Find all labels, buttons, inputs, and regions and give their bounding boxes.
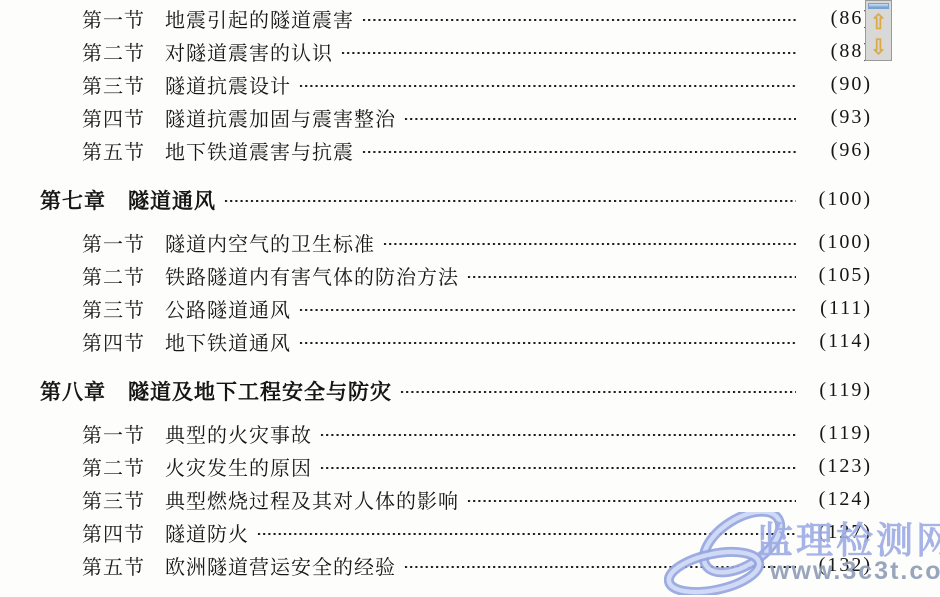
- dot-leader: [320, 433, 796, 437]
- section-title: 典型的火灾事故: [165, 419, 312, 448]
- section-title: 欧洲隧道营运安全的经验: [165, 551, 396, 580]
- section-title: 地下铁道震害与抗震: [165, 136, 354, 165]
- chapter-title: 隧道通风: [128, 185, 216, 215]
- toc-entry: 第四节 隧道防火 (127): [82, 516, 872, 549]
- toc-entry: 第三节 隧道抗震设计 (90): [82, 68, 872, 101]
- dot-leader: [299, 84, 796, 88]
- section-label: 第二节: [82, 37, 145, 66]
- section-title: 隧道抗震设计: [165, 70, 291, 99]
- page-number: (124): [806, 488, 872, 511]
- dot-leader: [224, 199, 796, 203]
- dot-leader: [362, 18, 796, 22]
- chapter-label: 第七章: [40, 185, 106, 215]
- up-arrow-icon: ⇧: [870, 10, 888, 34]
- toc-entry: 第一节 隧道内空气的卫生标准 (100): [82, 226, 872, 259]
- section-title: 隧道内空气的卫生标准: [165, 228, 375, 257]
- page-number: (100): [806, 231, 872, 254]
- toc-entry: 第一节 地震引起的隧道震害 (86): [82, 2, 872, 35]
- dot-leader: [383, 242, 796, 246]
- page-number: (93): [806, 106, 872, 129]
- section-title: 铁路隧道内有害气体的防治方法: [165, 261, 459, 290]
- section-label: 第五节: [82, 551, 145, 580]
- toc-entry: 第三节 公路隧道通风 (111): [82, 292, 872, 325]
- toc-list: 第一节 地震引起的隧道震害 (86) 第二节 对隧道震害的认识 (88) 第三节…: [0, 2, 872, 582]
- section-title: 公路隧道通风: [165, 294, 291, 323]
- page-number: (88): [806, 40, 872, 63]
- page-number: (100): [806, 188, 872, 211]
- scroll-down-button[interactable]: ⇩: [866, 35, 891, 60]
- section-label: 第二节: [82, 261, 145, 290]
- scroll-up-button[interactable]: ⇧: [866, 10, 891, 35]
- section-label: 第三节: [82, 294, 145, 323]
- section-label: 第四节: [82, 518, 145, 547]
- section-label: 第一节: [82, 419, 145, 448]
- section-title: 火灾发生的原因: [165, 452, 312, 481]
- toc-chapter-entry: 第八章 隧道及地下工程安全与防灾 (119): [40, 374, 872, 407]
- page-number: (111): [806, 297, 872, 320]
- down-arrow-icon: ⇩: [870, 35, 888, 59]
- toc-entry: 第二节 铁路隧道内有害气体的防治方法 (105): [82, 259, 872, 292]
- dot-leader: [362, 150, 796, 154]
- section-label: 第三节: [82, 70, 145, 99]
- section-label: 第二节: [82, 452, 145, 481]
- toc-entry: 第二节 火灾发生的原因 (123): [82, 450, 872, 483]
- section-label: 第五节: [82, 136, 145, 165]
- section-title: 典型燃烧过程及其对人体的影响: [165, 485, 459, 514]
- dot-leader: [404, 565, 796, 569]
- dot-leader: [404, 117, 796, 121]
- page-number: (127): [806, 521, 872, 544]
- chapter-label: 第八章: [40, 376, 106, 406]
- toc-chapter-entry: 第七章 隧道通风 (100): [40, 183, 872, 216]
- toc-entry: 第三节 典型燃烧过程及其对人体的影响 (124): [82, 483, 872, 516]
- toc-entry: 第五节 地下铁道震害与抗震 (96): [82, 134, 872, 167]
- section-label: 第一节: [82, 228, 145, 257]
- scroll-widget[interactable]: ⇧ ⇩: [865, 0, 892, 61]
- section-title: 地震引起的隧道震害: [165, 4, 354, 33]
- section-label: 第四节: [82, 327, 145, 356]
- dot-leader: [467, 499, 796, 503]
- dot-leader: [400, 390, 796, 394]
- section-title: 地下铁道通风: [165, 327, 291, 356]
- page-number: (123): [806, 455, 872, 478]
- page-number: (132): [806, 554, 872, 577]
- toc-entry: 第五节 欧洲隧道营运安全的经验 (132): [82, 549, 872, 582]
- toc-entry: 第一节 典型的火灾事故 (119): [82, 417, 872, 450]
- dot-leader: [299, 308, 796, 312]
- dot-leader: [257, 532, 796, 536]
- dot-leader: [299, 341, 796, 345]
- section-title: 隧道抗震加固与震害整治: [165, 103, 396, 132]
- page-number: (105): [806, 264, 872, 287]
- scroll-thumb[interactable]: [868, 3, 889, 9]
- dot-leader: [341, 51, 796, 55]
- section-title: 隧道防火: [165, 518, 249, 547]
- dot-leader: [467, 275, 796, 279]
- section-label: 第一节: [82, 4, 145, 33]
- toc-entry: 第四节 地下铁道通风 (114): [82, 325, 872, 358]
- toc-entry: 第二节 对隧道震害的认识 (88): [82, 35, 872, 68]
- page-number: (119): [806, 422, 872, 445]
- toc-page: 第一节 地震引起的隧道震害 (86) 第二节 对隧道震害的认识 (88) 第三节…: [0, 0, 940, 597]
- page-number: (114): [806, 330, 872, 353]
- page-number: (96): [806, 139, 872, 162]
- chapter-title: 隧道及地下工程安全与防灾: [128, 376, 392, 406]
- page-number: (90): [806, 73, 872, 96]
- section-title: 对隧道震害的认识: [165, 37, 333, 66]
- toc-entry: 第四节 隧道抗震加固与震害整治 (93): [82, 101, 872, 134]
- section-label: 第三节: [82, 485, 145, 514]
- page-number: (86): [806, 7, 872, 30]
- dot-leader: [320, 466, 796, 470]
- section-label: 第四节: [82, 103, 145, 132]
- page-number: (119): [806, 379, 872, 402]
